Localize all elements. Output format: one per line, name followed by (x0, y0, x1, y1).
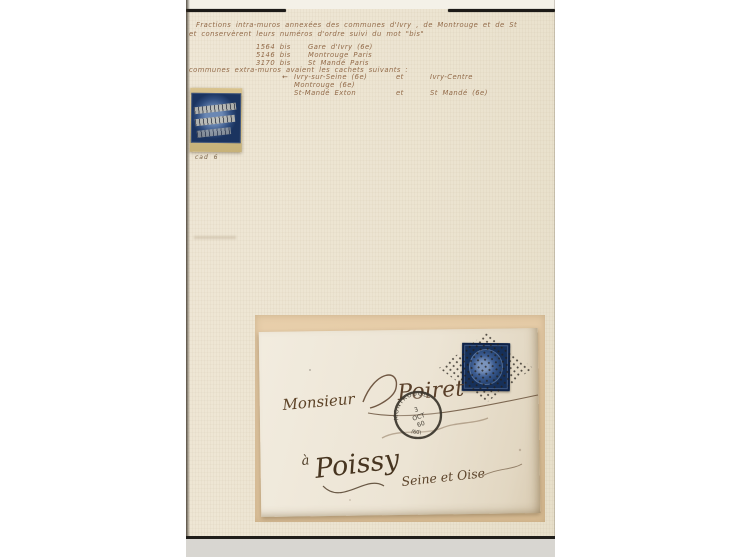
page-right-edge (554, 0, 555, 539)
address-town: Poissy (312, 444, 402, 485)
cachet-left: Ivry-sur-Seine (6e) (294, 73, 396, 81)
ink-speck (519, 449, 521, 451)
cachet-left: St-Mandé Exton (294, 89, 396, 97)
page-left-edge-shadow (186, 0, 190, 539)
office-list-row: 5146 bisMontrouge Paris (256, 51, 372, 59)
office-name: Gare d'Ivry (6e) (308, 43, 373, 51)
cachet-right: St Mandé (6e) (430, 89, 488, 97)
note-line-1: Fractions intra-muros annexées des commu… (196, 21, 555, 29)
address-salutation: Monsieur (281, 390, 356, 414)
ruled-line-right (448, 9, 555, 12)
office-list-row: 1564 bisGare d'Ivry (6e) (256, 43, 373, 51)
office-number: 1564 bis (256, 43, 308, 51)
name-flourish (363, 375, 396, 408)
cachet-row: ←Ivry-sur-Seine (6e)etIvry-Centre (282, 73, 473, 81)
page-top-margin (186, 0, 555, 9)
ruled-line-left (186, 9, 286, 12)
ceres-stamp (190, 88, 243, 153)
arrow-icon: ← (282, 73, 294, 81)
cachet-right: Ivry-Centre (430, 73, 473, 81)
page-bottom-strip (186, 539, 555, 557)
cover-ink-overlay: Monsieur Poiret à Poissy Seine et Oise M… (250, 310, 555, 525)
stamp-caption: cad 6 (195, 154, 219, 162)
office-name: Montrouge Paris (308, 51, 372, 59)
address-department: Seine et Oise (401, 465, 486, 489)
cachet-row: Montrouge (6e) (282, 81, 396, 89)
department-flourish (482, 464, 522, 476)
town-flourish (323, 483, 384, 493)
cachet-sep: et (396, 73, 430, 81)
note-line-2: et conservèrent leurs numéros d'ordre su… (189, 30, 424, 38)
cachet-left: Montrouge (6e) (294, 81, 396, 89)
ink-speck (309, 369, 311, 371)
address-prefix: à (301, 453, 310, 469)
ink-speck (349, 499, 351, 501)
album-page-photo: Fractions intra-muros annexées des commu… (186, 0, 555, 557)
cachet-row: St-Mandé ExtonetSt Mandé (6e) (282, 89, 488, 97)
cachet-sep: et (396, 89, 430, 97)
page-smudge (194, 236, 236, 239)
office-number: 5146 bis (256, 51, 308, 59)
